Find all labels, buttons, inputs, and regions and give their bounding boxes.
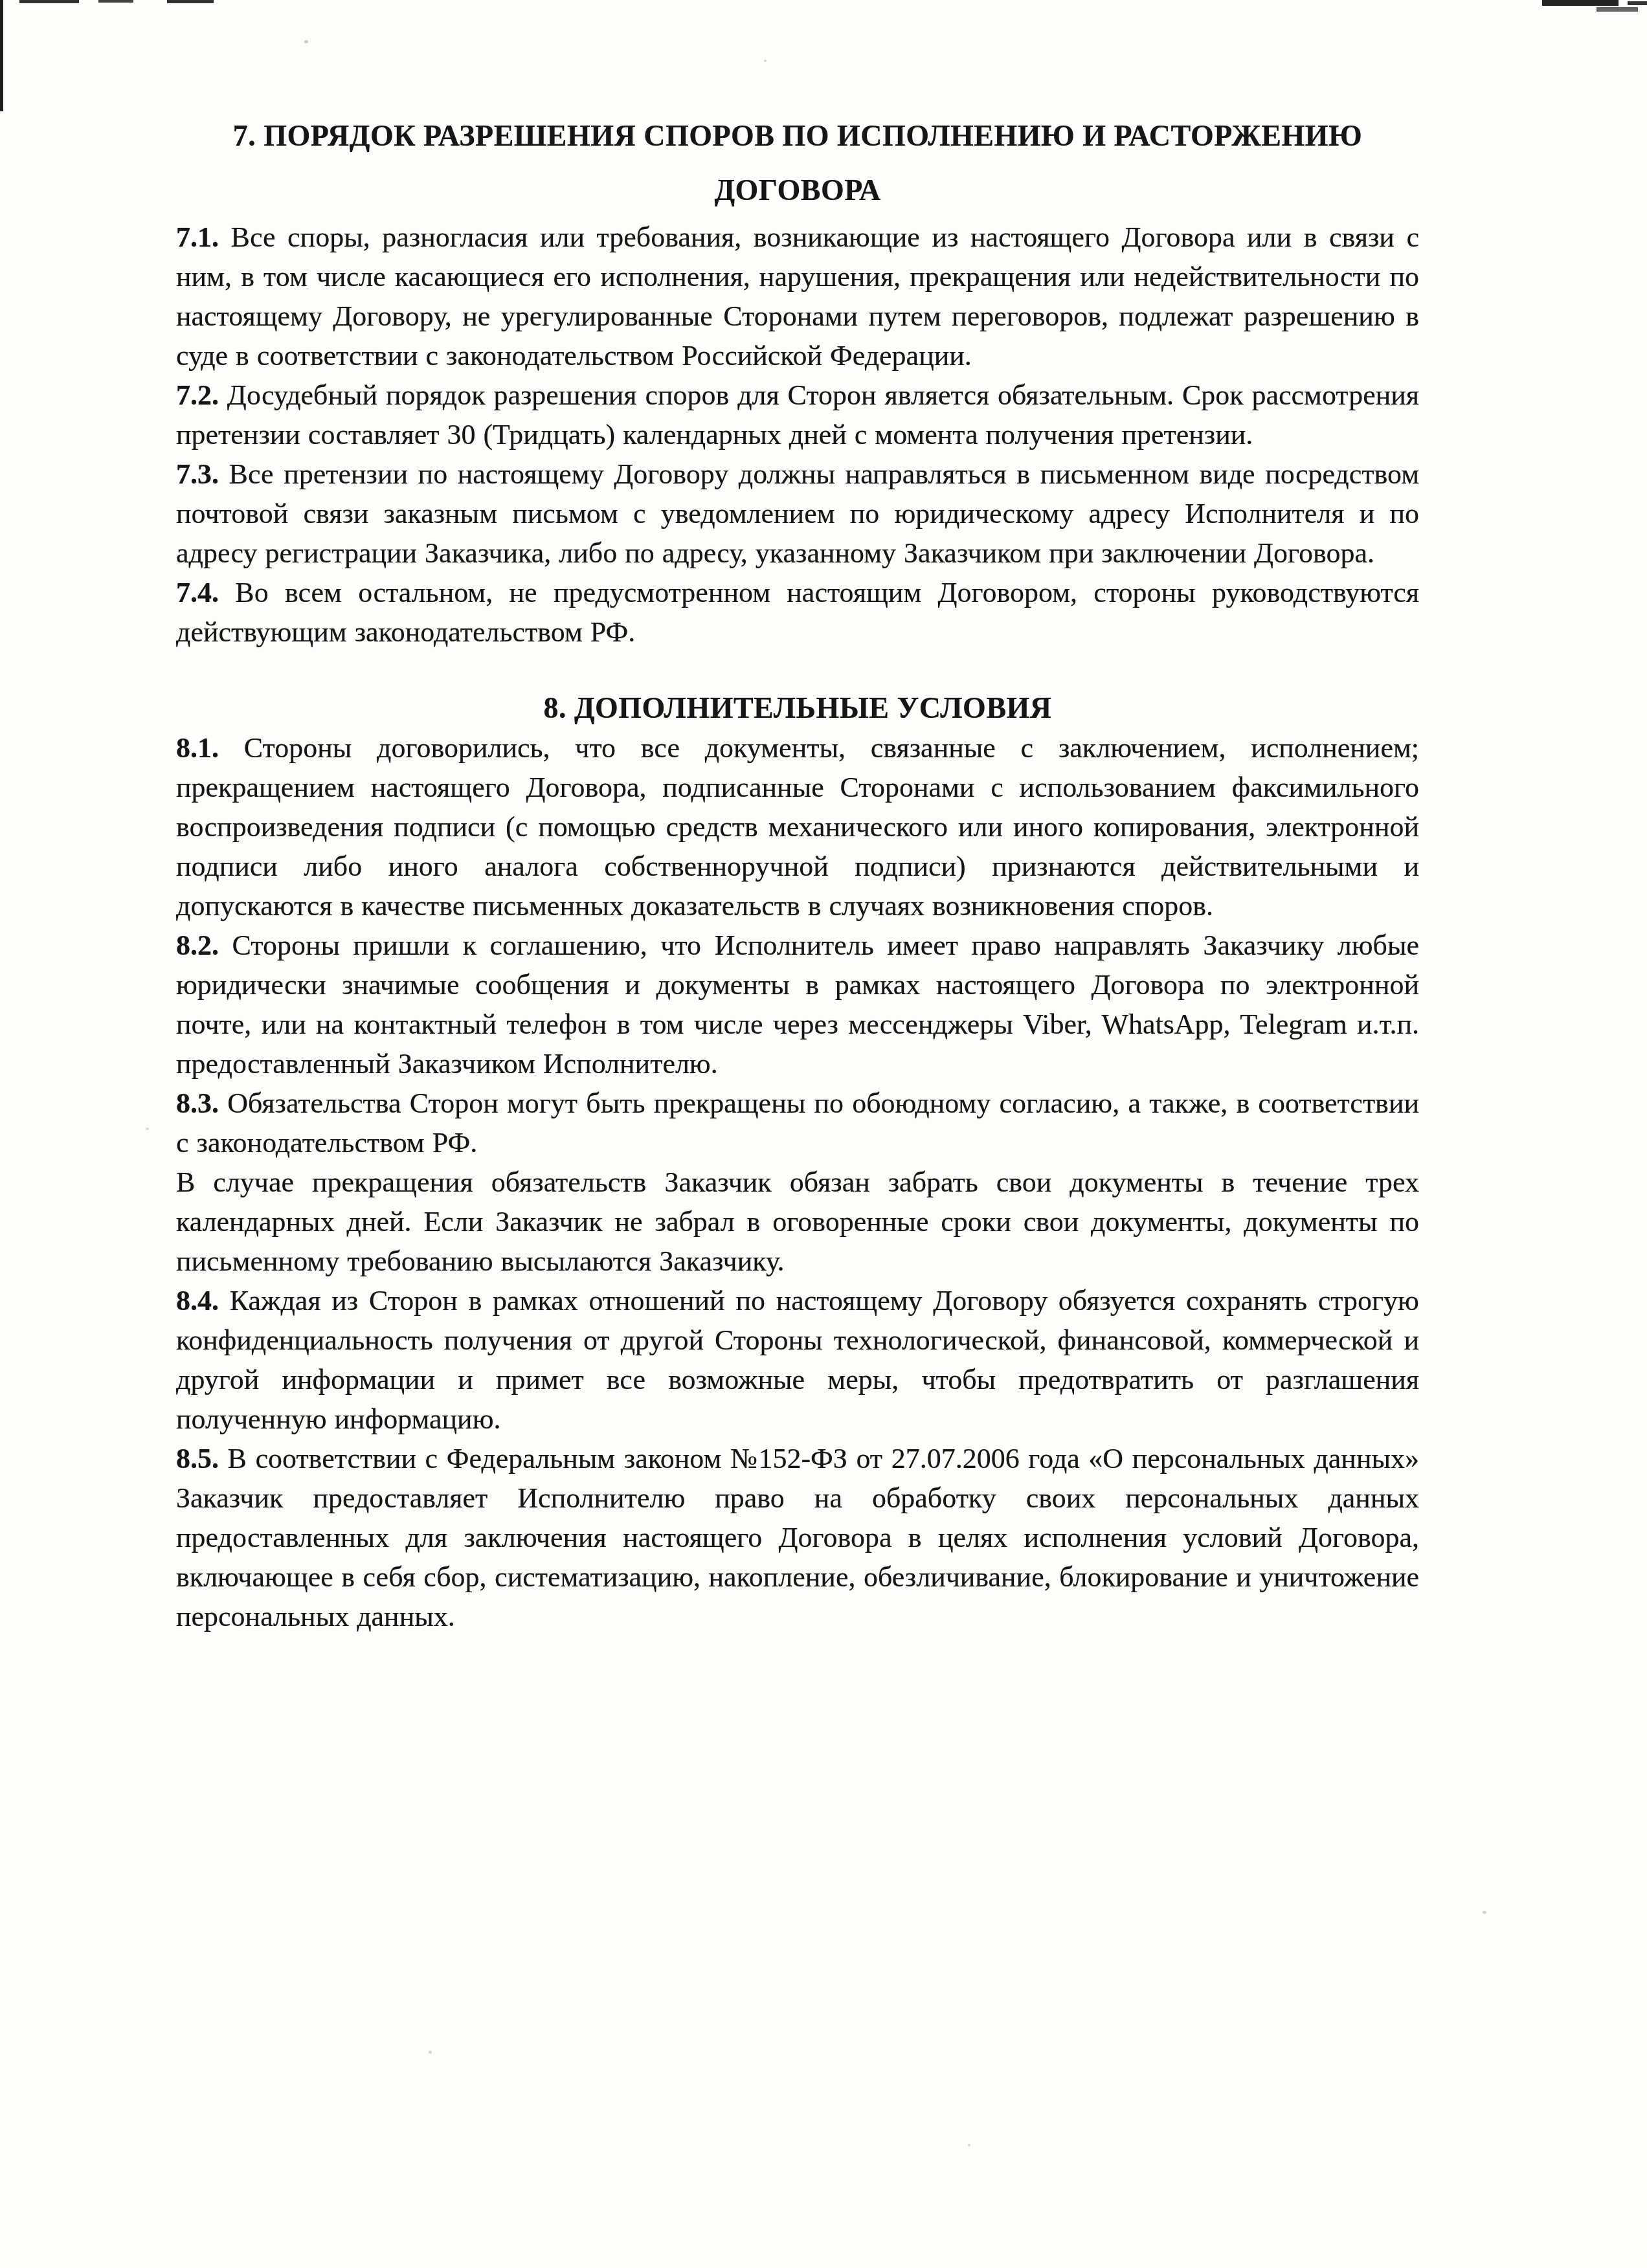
section-8-heading: 8. ДОПОЛНИТЕЛЬНЫЕ УСЛОВИЯ (176, 688, 1419, 728)
clause-7-4-text: Во всем остальном, не предусмотренном на… (176, 577, 1419, 648)
section-7-heading: 7. ПОРЯДОК РАЗРЕШЕНИЯ СПОРОВ ПО ИСПОЛНЕН… (176, 109, 1419, 217)
clause-7-4-number: 7.4. (176, 577, 219, 608)
clause-8-3-continuation: В случае прекращения обязательств Заказч… (176, 1162, 1419, 1281)
scanned-contract-page: 7. ПОРЯДОК РАЗРЕШЕНИЯ СПОРОВ ПО ИСПОЛНЕН… (0, 0, 1647, 2268)
clause-8-3: 8.3. Обязательства Сторон могут быть пре… (176, 1084, 1419, 1162)
scan-speck (764, 60, 767, 62)
clause-7-2-text: Досудебный порядок разрешения споров для… (176, 379, 1419, 450)
clause-8-4-text: Каждая из Сторон в рамках отношений по н… (176, 1285, 1419, 1435)
clause-7-1: 7.1. Все споры, разногласия или требован… (176, 217, 1419, 375)
scan-speck (304, 40, 308, 43)
contract-text-block: 7. ПОРЯДОК РАЗРЕШЕНИЯ СПОРОВ ПО ИСПОЛНЕН… (176, 109, 1419, 1636)
clause-8-1-text: Стороны договорились, что все документы,… (176, 732, 1419, 922)
clause-8-3-continuation-text: В случае прекращения обязательств Заказч… (176, 1166, 1419, 1277)
clause-8-3-text: Обязательства Сторон могут быть прекраще… (176, 1087, 1419, 1159)
clause-8-5: 8.5. В соответствии с Федеральным законо… (176, 1439, 1419, 1636)
clause-8-2-number: 8.2. (176, 929, 219, 961)
clause-8-3-number: 8.3. (176, 1087, 219, 1119)
scan-speck (1483, 1911, 1486, 1914)
scan-corner-mark-artifact (1542, 0, 1619, 6)
clause-7-2: 7.2. Досудебный порядок разрешения споро… (176, 375, 1419, 454)
scan-top-dash-artifact (19, 0, 79, 3)
scan-speck (968, 2144, 970, 2146)
clause-8-5-number: 8.5. (176, 1443, 219, 1474)
scan-speck (429, 2051, 432, 2054)
clause-7-1-text: Все споры, разногласия или требования, в… (176, 221, 1419, 372)
scan-corner-mark-artifact (1597, 7, 1638, 12)
scan-top-dash-artifact (98, 0, 133, 3)
scan-corner-mark-artifact (1628, 1, 1647, 5)
scan-speck (146, 1128, 149, 1130)
clause-7-4: 7.4. Во всем остальном, не предусмотренн… (176, 573, 1419, 652)
clause-8-4: 8.4. Каждая из Сторон в рамках отношений… (176, 1281, 1419, 1439)
clause-7-1-number: 7.1. (176, 221, 219, 253)
clause-8-2-text: Стороны пришли к соглашению, что Исполни… (176, 929, 1419, 1080)
scan-edge-line-artifact (0, 0, 3, 111)
clause-8-1: 8.1. Стороны договорились, что все докум… (176, 728, 1419, 926)
clause-8-2: 8.2. Стороны пришли к соглашению, что Ис… (176, 926, 1419, 1084)
scan-top-dash-artifact (167, 0, 214, 3)
clause-7-3-text: Все претензии по настоящему Договору дол… (176, 458, 1419, 569)
clause-8-5-text: В соответствии с Федеральным законом №15… (176, 1443, 1419, 1632)
clause-7-3: 7.3. Все претензии по настоящему Договор… (176, 454, 1419, 573)
clause-7-3-number: 7.3. (176, 458, 219, 490)
clause-8-4-number: 8.4. (176, 1285, 219, 1317)
clause-7-2-number: 7.2. (176, 379, 219, 411)
clause-8-1-number: 8.1. (176, 732, 219, 764)
